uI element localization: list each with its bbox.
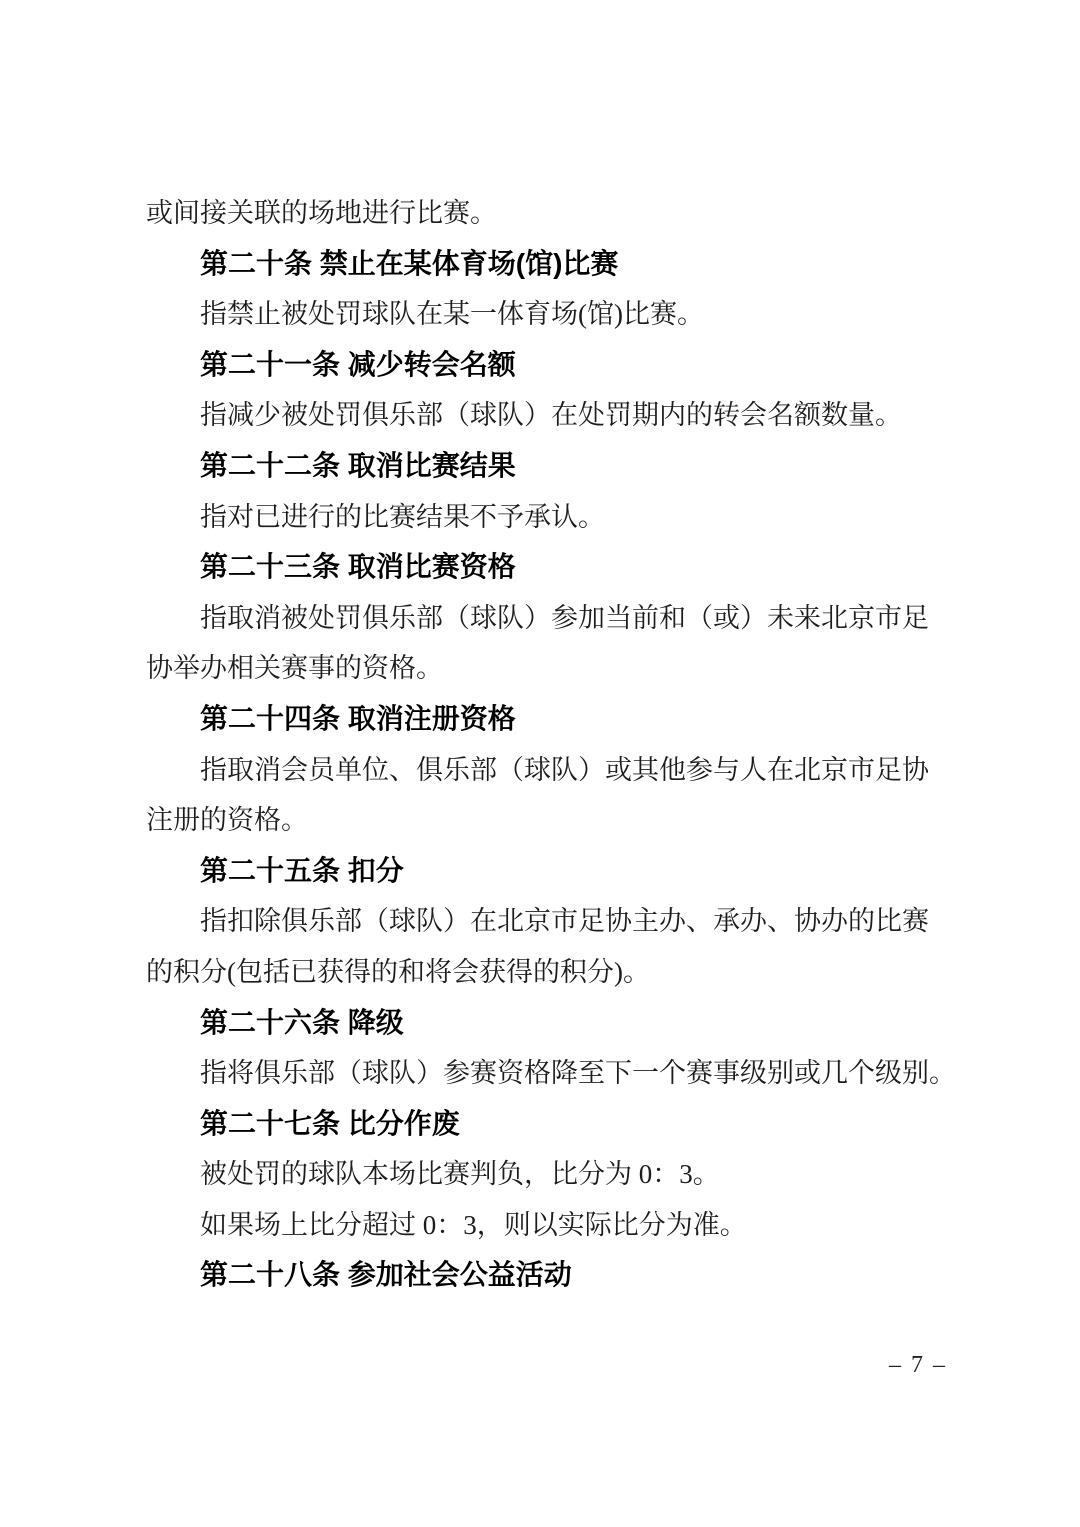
article-24-body-line-2: 注册的资格。 [146, 795, 938, 846]
article-23-heading: 第二十三条 取消比赛资格 [146, 542, 938, 593]
article-27-body-line-1: 被处罚的球队本场比赛判负，比分为 0：3。 [146, 1149, 938, 1200]
article-26-body: 指将俱乐部（球队）参赛资格降至下一个赛事级别或几个级别。 [146, 1048, 938, 1099]
article-21-heading: 第二十一条 减少转会名额 [146, 340, 938, 391]
article-23-body-line-1: 指取消被处罚俱乐部（球队）参加当前和（或）未来北京市足 [146, 593, 938, 644]
article-27-body-line-2: 如果场上比分超过 0：3，则以实际比分为准。 [146, 1200, 938, 1251]
article-20-heading: 第二十条 禁止在某体育场(馆)比赛 [146, 239, 938, 290]
page-number: – 7 – [889, 1350, 947, 1380]
para-continuation-prev-page: 或间接关联的场地进行比赛。 [146, 188, 938, 239]
article-25-body-line-1: 指扣除俱乐部（球队）在北京市足协主办、承办、协办的比赛 [146, 896, 938, 947]
article-23-body-line-2: 协举办相关赛事的资格。 [146, 643, 938, 694]
article-25-heading: 第二十五条 扣分 [146, 846, 938, 897]
article-21-body: 指减少被处罚俱乐部（球队）在处罚期内的转会名额数量。 [146, 390, 938, 441]
article-22-heading: 第二十二条 取消比赛结果 [146, 441, 938, 492]
article-24-heading: 第二十四条 取消注册资格 [146, 694, 938, 745]
article-27-heading: 第二十七条 比分作废 [146, 1099, 938, 1150]
article-28-heading: 第二十八条 参加社会公益活动 [146, 1250, 938, 1301]
article-25-body-line-2: 的积分(包括已获得的和将会获得的积分)。 [146, 947, 938, 998]
article-20-body: 指禁止被处罚球队在某一体育场(馆)比赛。 [146, 289, 938, 340]
article-24-body-line-1: 指取消会员单位、俱乐部（球队）或其他参与人在北京市足协 [146, 745, 938, 796]
document-page: 或间接关联的场地进行比赛。 第二十条 禁止在某体育场(馆)比赛 指禁止被处罚球队… [0, 0, 1080, 1527]
article-26-heading: 第二十六条 降级 [146, 998, 938, 1049]
document-body: 或间接关联的场地进行比赛。 第二十条 禁止在某体育场(馆)比赛 指禁止被处罚球队… [146, 188, 938, 1301]
article-22-body: 指对已进行的比赛结果不予承认。 [146, 492, 938, 543]
